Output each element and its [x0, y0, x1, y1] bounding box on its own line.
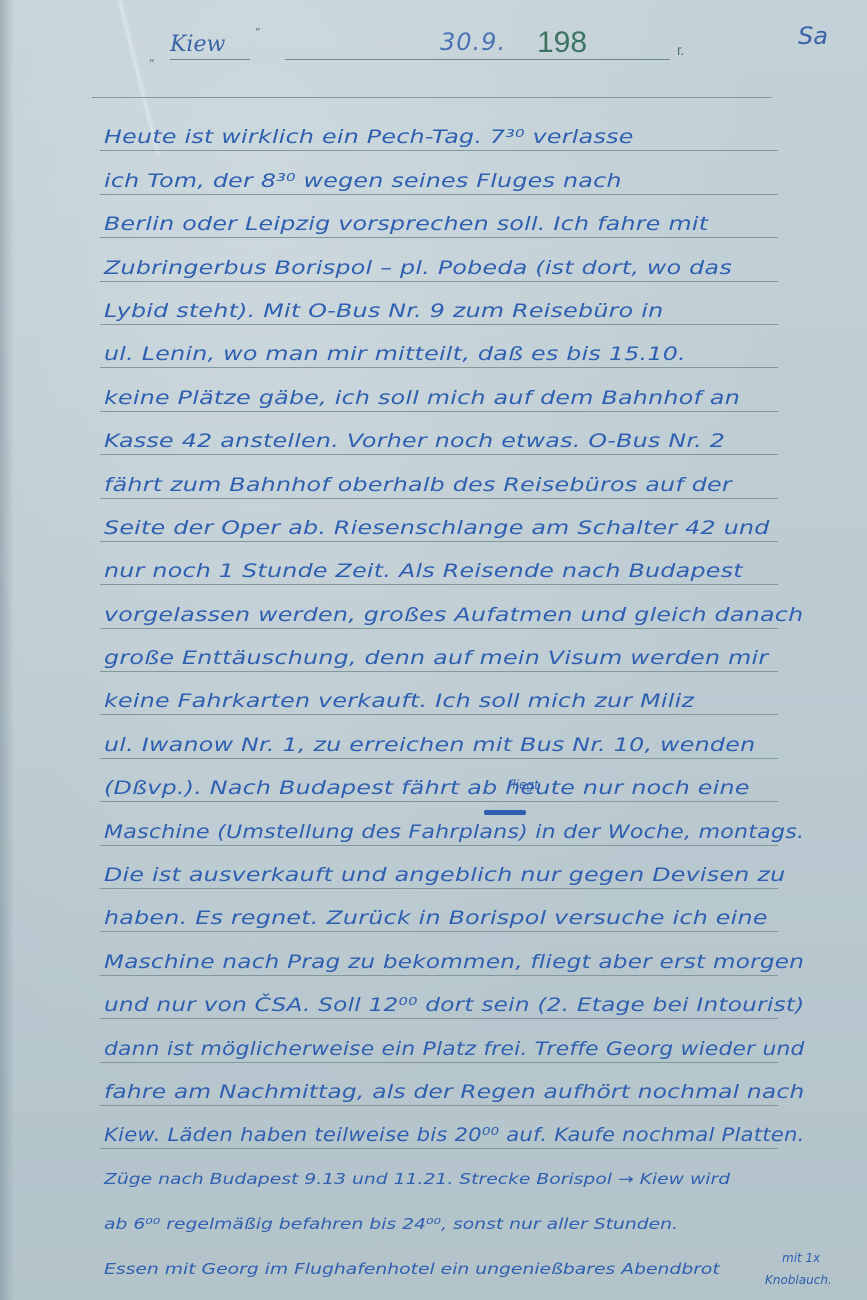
- diary-line: fährt zum Bahnhof oberhalb des Reisebüro…: [100, 455, 778, 498]
- diary-line-text: ich Tom, der 8³⁰ wegen seines Fluges nac…: [104, 170, 622, 192]
- diary-line-text: (Dßvp.). Nach Budapest fährt ab heute nu…: [104, 777, 750, 799]
- diary-line-text: Seite der Oper ab. Riesenschlange am Sch…: [104, 517, 770, 539]
- diary-line: nur noch 1 Stunde Zeit. Als Reisende nac…: [100, 542, 778, 585]
- diary-line: Maschine (Umstellung des Fahrplans) in d…: [100, 802, 778, 845]
- diary-line: Die ist ausverkauft und angeblich nur ge…: [100, 846, 778, 889]
- diary-line-text: Heute ist wirklich ein Pech-Tag. 7³⁰ ver…: [104, 126, 634, 148]
- printed-year-prefix: 198: [537, 26, 587, 60]
- diary-line-text: nur noch 1 Stunde Zeit. Als Reisende nac…: [104, 560, 743, 582]
- diary-line: und nur von ČSA. Soll 12⁰⁰ dort sein (2.…: [100, 976, 778, 1019]
- diary-line: Berlin oder Leipzig vorsprechen soll. Ic…: [100, 195, 778, 238]
- diary-line: Zubringerbus Borispol – pl. Pobeda (ist …: [100, 238, 778, 281]
- diary-line-text: Die ist ausverkauft und angeblich nur ge…: [104, 864, 785, 886]
- city-name: Kiew: [170, 32, 225, 57]
- diary-line-text: Maschine nach Prag zu bekommen, fliegt a…: [104, 951, 804, 973]
- header-rule: [92, 97, 772, 98]
- date-day-month: 30.9.: [440, 28, 506, 56]
- diary-line-text: keine Fahrkarten verkauft. Ich soll mich…: [104, 690, 694, 712]
- diary-line: Seite der Oper ab. Riesenschlange am Sch…: [100, 499, 778, 542]
- footer-line: ab 6⁰⁰ regelmäßig befahren bis 24⁰⁰, son…: [104, 1215, 678, 1233]
- diary-line-text: fahre am Nachmittag, als der Regen aufhö…: [104, 1081, 804, 1103]
- diary-line: große Enttäuschung, denn auf mein Visum …: [100, 629, 778, 672]
- diary-line: Heute ist wirklich ein Pech-Tag. 7³⁰ ver…: [100, 108, 778, 151]
- close-quote: ”: [255, 26, 261, 39]
- diary-line-text: Zubringerbus Borispol – pl. Pobeda (ist …: [104, 257, 732, 279]
- struck-out-word: [484, 810, 526, 815]
- diary-line-text: keine Plätze gäbe, ich soll mich auf dem…: [104, 387, 740, 409]
- diary-line: Kasse 42 anstellen. Vorher noch etwas. O…: [100, 412, 778, 455]
- diary-line-text: ul. Lenin, wo man mir mitteilt, daß es b…: [104, 343, 686, 365]
- inserted-word: fliegt: [508, 778, 539, 792]
- year-suffix: г.: [677, 42, 684, 58]
- diary-line-text: Maschine (Umstellung des Fahrplans) in d…: [104, 821, 804, 843]
- diary-line: ich Tom, der 8³⁰ wegen seines Fluges nac…: [100, 151, 778, 194]
- diary-line: fahre am Nachmittag, als der Regen aufhö…: [100, 1063, 778, 1106]
- year-underline: [625, 59, 670, 60]
- diary-line-text: fährt zum Bahnhof oberhalb des Reisebüro…: [104, 474, 732, 496]
- diary-line-text: vorgelassen werden, großes Aufatmen und …: [104, 604, 803, 626]
- page-header: „ Kiew ” 30.9. 198 г. Sa: [140, 18, 860, 68]
- diary-line: vorgelassen werden, großes Aufatmen und …: [100, 585, 778, 628]
- diary-line-text: Kiew. Läden haben teilweise bis 20⁰⁰ auf…: [104, 1124, 805, 1146]
- diary-line: Maschine nach Prag zu bekommen, fliegt a…: [100, 932, 778, 975]
- footer-line: Züge nach Budapest 9.13 und 11.21. Strec…: [104, 1170, 730, 1188]
- diary-line-text: Kasse 42 anstellen. Vorher noch etwas. O…: [104, 430, 725, 452]
- margin-note: Knoblauch.: [765, 1273, 832, 1287]
- page-edge-shadow: [0, 0, 14, 1300]
- diary-line-text: Lybid steht). Mit O-Bus Nr. 9 zum Reiseb…: [104, 300, 663, 322]
- diary-line: Kiew. Läden haben teilweise bis 20⁰⁰ auf…: [100, 1106, 778, 1149]
- diary-line-text: haben. Es regnet. Zurück in Borispol ver…: [104, 907, 768, 929]
- diary-line: (Dßvp.). Nach Budapest fährt ab heute nu…: [100, 759, 778, 802]
- diary-line: haben. Es regnet. Zurück in Borispol ver…: [100, 889, 778, 932]
- diary-line: keine Plätze gäbe, ich soll mich auf dem…: [100, 368, 778, 411]
- weekday: Sa: [798, 22, 828, 50]
- diary-line-text: Berlin oder Leipzig vorsprechen soll. Ic…: [104, 213, 708, 235]
- diary-page: „ Kiew ” 30.9. 198 г. Sa Heute ist wirkl…: [0, 0, 867, 1300]
- diary-line: ul. Lenin, wo man mir mitteilt, daß es b…: [100, 325, 778, 368]
- diary-line: dann ist möglicherweise ein Platz frei. …: [100, 1019, 778, 1062]
- diary-line-text: ul. Iwanow Nr. 1, zu erreichen mit Bus N…: [104, 734, 755, 756]
- open-quote: „: [149, 51, 155, 64]
- margin-note: mit 1x: [782, 1251, 820, 1265]
- diary-body: Heute ist wirklich ein Pech-Tag. 7³⁰ ver…: [100, 108, 830, 1149]
- diary-line: Lybid steht). Mit O-Bus Nr. 9 zum Reiseb…: [100, 282, 778, 325]
- city-underline: [170, 59, 250, 60]
- diary-line-text: große Enttäuschung, denn auf mein Visum …: [104, 647, 768, 669]
- diary-line: ul. Iwanow Nr. 1, zu erreichen mit Bus N…: [100, 715, 778, 758]
- diary-line: keine Fahrkarten verkauft. Ich soll mich…: [100, 672, 778, 715]
- diary-line-text: und nur von ČSA. Soll 12⁰⁰ dort sein (2.…: [104, 994, 805, 1016]
- diary-line-text: dann ist möglicherweise ein Platz frei. …: [104, 1038, 805, 1060]
- footer-line: Essen mit Georg im Flughafenhotel ein un…: [104, 1260, 720, 1278]
